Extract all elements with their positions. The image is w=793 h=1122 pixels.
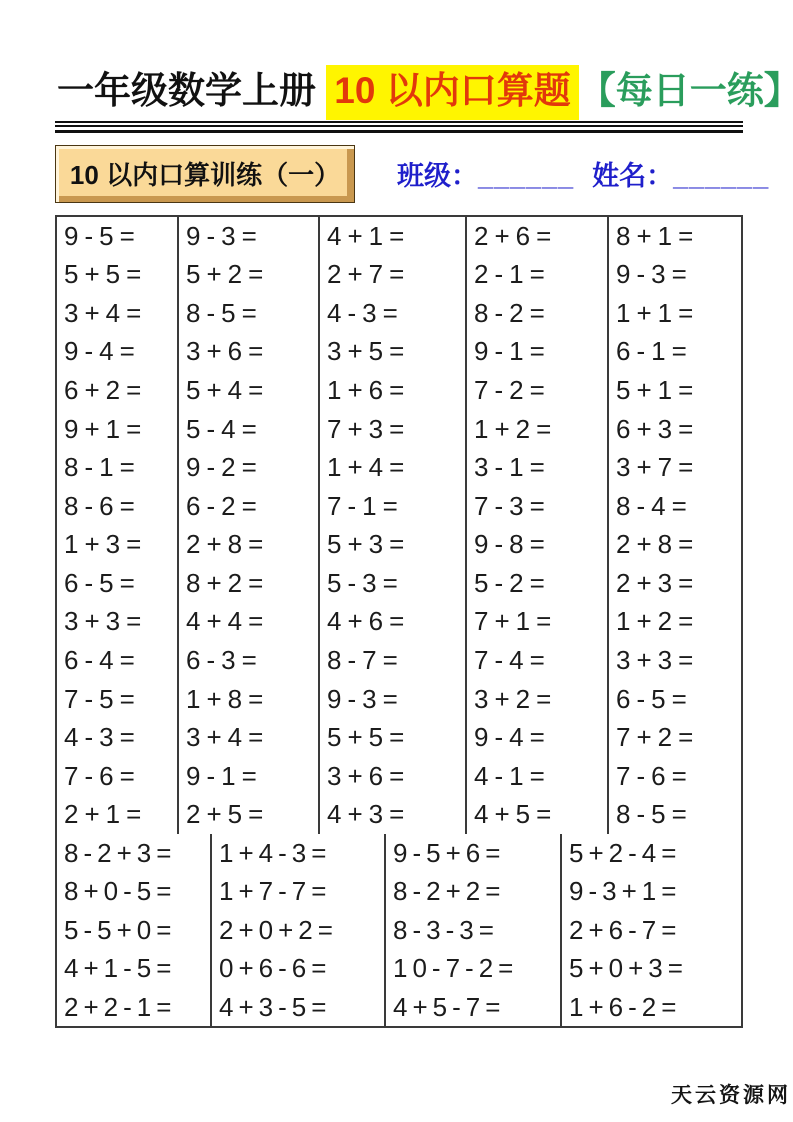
problem-cell: 2+8=	[179, 525, 318, 564]
problem-cell: 4+1-5=	[57, 949, 210, 987]
problem-cell: 9-3=	[609, 255, 741, 294]
problem-cell: 4+6=	[320, 602, 465, 641]
problem-column: 9-3=5+2=8-5=3+6=5+4=5-4=9-2=6-2=2+8=8+2=…	[179, 217, 320, 835]
problem-column: 1+4-3=1+7-7=2+0+2=0+6-6=4+3-5=	[212, 834, 386, 1026]
problem-cell: 4-1=	[467, 757, 607, 796]
problem-cell: 9-1=	[467, 332, 607, 371]
problem-cell: 1+2=	[609, 602, 741, 641]
problem-cell: 9-5=	[57, 217, 177, 256]
problem-cell: 5+2=	[179, 255, 318, 294]
problem-cell: 8+1=	[609, 217, 741, 256]
problems-table: 9-5=5+5=3+4=9-4=6+2=9+1=8-1=8-6=1+3=6-5=…	[55, 215, 743, 1028]
two-step-section: 8-2+3=8+0-5=5-5+0=4+1-5=2+2-1=1+4-3=1+7-…	[57, 834, 741, 1026]
problem-cell: 4+1=	[320, 217, 465, 256]
problem-cell: 5-3=	[320, 564, 465, 603]
problem-cell: 2+8=	[609, 525, 741, 564]
title-topic-highlight: 10 以内口算题	[326, 65, 578, 120]
problem-cell: 6-1=	[609, 332, 741, 371]
problem-cell: 8-3-3=	[386, 911, 560, 949]
problem-cell: 8-5=	[179, 294, 318, 333]
separator-line-2	[55, 125, 743, 127]
problem-cell: 5+5=	[320, 718, 465, 757]
problem-cell: 4+5=	[467, 795, 607, 834]
problem-cell: 1+7-7=	[212, 872, 384, 910]
problem-cell: 7+1=	[467, 602, 607, 641]
problem-cell: 1+6=	[320, 371, 465, 410]
problem-cell: 9-3+1=	[562, 872, 741, 910]
student-fields: 班级：______姓名：______	[397, 154, 787, 193]
problem-cell: 3+3=	[57, 602, 177, 641]
title-daily-practice: 【每日一练】	[579, 70, 793, 111]
separator-line-3	[55, 130, 743, 133]
problem-cell: 9-4=	[57, 332, 177, 371]
problem-cell: 2+6=	[467, 217, 607, 256]
problem-cell: 5+5=	[57, 255, 177, 294]
problem-cell: 8-1=	[57, 448, 177, 487]
problem-cell: 1+3=	[57, 525, 177, 564]
problem-column: 9-5=5+5=3+4=9-4=6+2=9+1=8-1=8-6=1+3=6-5=…	[57, 217, 179, 835]
problem-column: 4+1=2+7=4-3=3+5=1+6=7+3=1+4=7-1=5+3=5-3=…	[320, 217, 467, 835]
problem-cell: 1+2=	[467, 410, 607, 449]
problem-cell: 2+2-1=	[57, 988, 210, 1026]
badge-label: 10 以内口算训练（一）	[70, 155, 340, 192]
problem-cell: 3+6=	[320, 757, 465, 796]
problem-cell: 2-1=	[467, 255, 607, 294]
problem-cell: 7+3=	[320, 410, 465, 449]
problem-cell: 2+1=	[57, 795, 177, 834]
watermark-text: 天云资源网	[671, 1079, 791, 1109]
problem-cell: 2+0+2=	[212, 911, 384, 949]
class-label: 班级：	[397, 161, 478, 191]
problem-column: 8-2+3=8+0-5=5-5+0=4+1-5=2+2-1=	[57, 834, 212, 1026]
problem-cell: 9-8=	[467, 525, 607, 564]
problem-cell: 3+4=	[57, 294, 177, 333]
separator-line-1	[55, 121, 743, 123]
problem-cell: 8+0-5=	[57, 872, 210, 910]
problem-cell: 3+2=	[467, 680, 607, 719]
problem-cell: 10-7-2=	[386, 949, 560, 987]
problem-cell: 7-6=	[57, 757, 177, 796]
problem-cell: 2+5=	[179, 795, 318, 834]
problem-cell: 7-1=	[320, 487, 465, 526]
problem-cell: 7-5=	[57, 680, 177, 719]
problem-cell: 1+6-2=	[562, 988, 741, 1026]
problem-cell: 3-1=	[467, 448, 607, 487]
problem-cell: 4+4=	[179, 602, 318, 641]
problem-cell: 6+3=	[609, 410, 741, 449]
problem-cell: 5+2-4=	[562, 834, 741, 872]
problem-cell: 7-2=	[467, 371, 607, 410]
problem-cell: 8-5=	[609, 795, 741, 834]
problem-column: 2+6=2-1=8-2=9-1=7-2=1+2=3-1=7-3=9-8=5-2=…	[467, 217, 609, 835]
problem-cell: 5+4=	[179, 371, 318, 410]
problem-cell: 5-5+0=	[57, 911, 210, 949]
problem-cell: 7-3=	[467, 487, 607, 526]
problem-cell: 8-7=	[320, 641, 465, 680]
problem-column: 8+1=9-3=1+1=6-1=5+1=6+3=3+7=8-4=2+8=2+3=…	[609, 217, 741, 835]
problem-column: 9-5+6=8-2+2=8-3-3=10-7-2=4+5-7=	[386, 834, 562, 1026]
problem-cell: 3+6=	[179, 332, 318, 371]
problem-cell: 1+4=	[320, 448, 465, 487]
problem-cell: 4+3=	[320, 795, 465, 834]
problem-cell: 8-2+2=	[386, 872, 560, 910]
problem-cell: 1+1=	[609, 294, 741, 333]
page-title: 一年级数学上册 10 以内口算题【每日一练】	[57, 70, 743, 113]
problem-cell: 3+7=	[609, 448, 741, 487]
problem-cell: 0+6-6=	[212, 949, 384, 987]
problem-cell: 9-4=	[467, 718, 607, 757]
title-separator-rule	[55, 121, 743, 133]
problem-cell: 1+4-3=	[212, 834, 384, 872]
problem-cell: 6+2=	[57, 371, 177, 410]
problem-cell: 4+3-5=	[212, 988, 384, 1026]
problem-cell: 5+0+3=	[562, 949, 741, 987]
subheader: 10 以内口算训练（一） 班级：______姓名：______	[55, 144, 743, 204]
problem-cell: 9-2=	[179, 448, 318, 487]
problem-cell: 8-6=	[57, 487, 177, 526]
name-blank-line: ______	[673, 161, 769, 191]
problem-cell: 4+5-7=	[386, 988, 560, 1026]
problem-cell: 6-5=	[609, 680, 741, 719]
problem-cell: 9-1=	[179, 757, 318, 796]
problem-cell: 9-5+6=	[386, 834, 560, 872]
problem-cell: 7+2=	[609, 718, 741, 757]
title-grade-text: 一年级数学上册	[57, 70, 316, 111]
problem-cell: 4-3=	[57, 718, 177, 757]
problem-cell: 6-4=	[57, 641, 177, 680]
name-label: 姓名：	[592, 161, 673, 191]
problem-cell: 2+3=	[609, 564, 741, 603]
problem-cell: 8-4=	[609, 487, 741, 526]
problem-cell: 2+6-7=	[562, 911, 741, 949]
problem-cell: 7-6=	[609, 757, 741, 796]
problem-cell: 1+8=	[179, 680, 318, 719]
problem-cell: 8-2=	[467, 294, 607, 333]
single-step-section: 9-5=5+5=3+4=9-4=6+2=9+1=8-1=8-6=1+3=6-5=…	[57, 217, 741, 835]
problem-column: 5+2-4=9-3+1=2+6-7=5+0+3=1+6-2=	[562, 834, 741, 1026]
problem-cell: 6-2=	[179, 487, 318, 526]
problem-cell: 3+5=	[320, 332, 465, 371]
worksheet-page: 一年级数学上册 10 以内口算题【每日一练】 10 以内口算训练（一） 班级：_…	[55, 0, 743, 1028]
problem-cell: 5+1=	[609, 371, 741, 410]
problem-cell: 3+4=	[179, 718, 318, 757]
problem-cell: 8-2+3=	[57, 834, 210, 872]
problem-cell: 3+3=	[609, 641, 741, 680]
problem-cell: 2+7=	[320, 255, 465, 294]
problem-cell: 5+3=	[320, 525, 465, 564]
problem-cell: 9+1=	[57, 410, 177, 449]
problem-cell: 5-2=	[467, 564, 607, 603]
problem-cell: 8+2=	[179, 564, 318, 603]
class-blank-line: ______	[478, 161, 574, 191]
problem-cell: 7-4=	[467, 641, 607, 680]
problem-cell: 9-3=	[179, 217, 318, 256]
problem-cell: 6-3=	[179, 641, 318, 680]
problem-cell: 4-3=	[320, 294, 465, 333]
problem-cell: 6-5=	[57, 564, 177, 603]
problem-cell: 5-4=	[179, 410, 318, 449]
worksheet-badge: 10 以内口算训练（一）	[55, 145, 355, 203]
problem-cell: 9-3=	[320, 680, 465, 719]
